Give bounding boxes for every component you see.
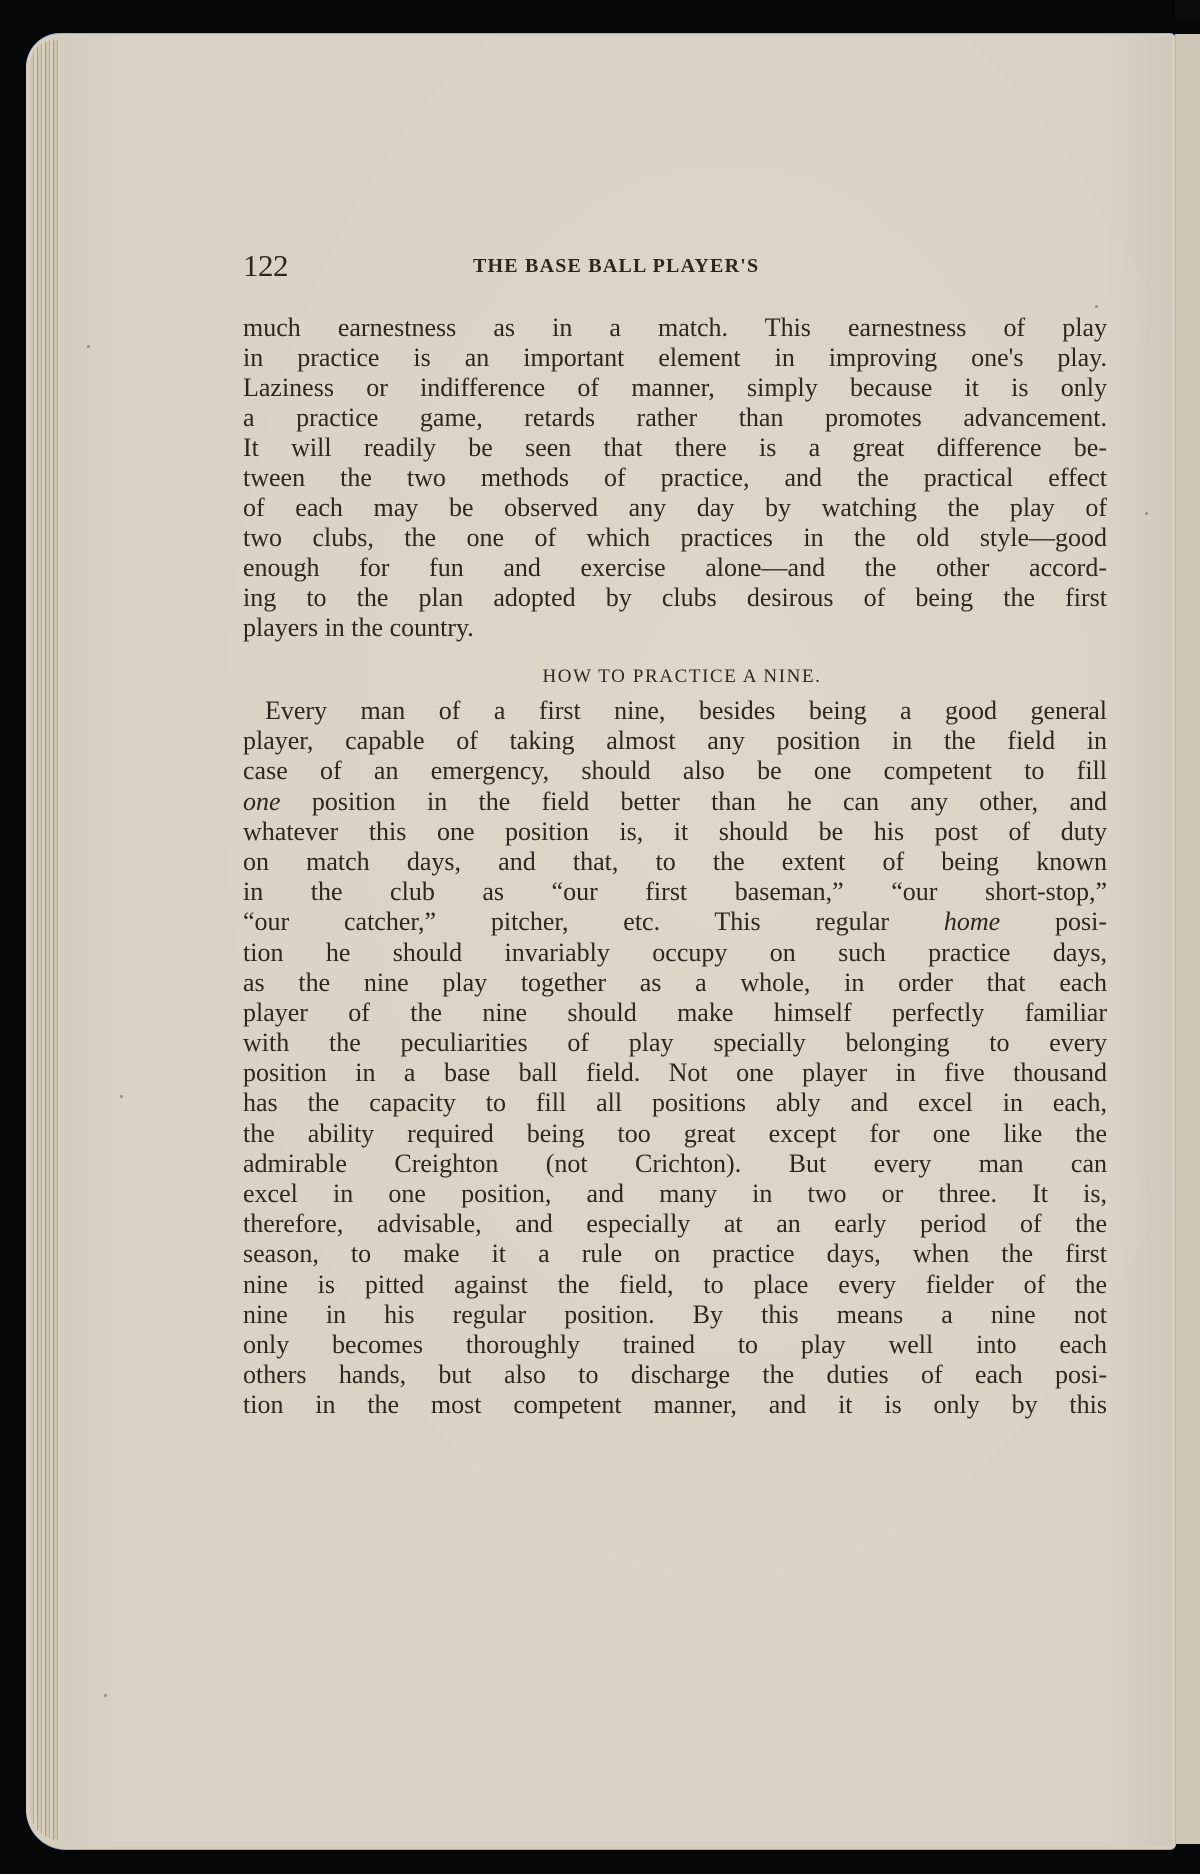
text-line: tion he should invariably occupy on such… xyxy=(243,938,1107,968)
text-line: in the club as “our first baseman,” “our… xyxy=(243,877,1107,907)
text-line: case of an emergency, should also be one… xyxy=(243,756,1107,786)
text-line: on match days, and that, to the extent o… xyxy=(243,847,1107,877)
page-number: 122 xyxy=(243,248,288,284)
text-line: therefore, advisable, and especially at … xyxy=(243,1209,1107,1239)
facing-page-edge xyxy=(1175,34,1200,1844)
text-line: a practice game, retards rather than pro… xyxy=(243,403,1107,433)
text-line: nine in his regular position. By this me… xyxy=(243,1300,1107,1330)
text-line: It will readily be seen that there is a … xyxy=(243,433,1107,463)
text-line: nine is pitted against the field, to pla… xyxy=(243,1270,1107,1300)
paper-speck xyxy=(104,1694,107,1697)
running-header: 122 THE BASE BALL PLAYER'S xyxy=(243,248,883,288)
paragraph-1: much earnestness as in a match. This ear… xyxy=(243,313,1107,643)
text-fragment: position in the field better than he can… xyxy=(281,787,1107,816)
paper-speck xyxy=(1145,512,1148,515)
paragraph-2: Every man of a first nine, besides being… xyxy=(243,696,1107,1421)
text-line: excel in one position, and many in two o… xyxy=(243,1179,1107,1209)
scanned-book-page: 122 THE BASE BALL PLAYER'S much earnestn… xyxy=(0,0,1200,1874)
text-line: Laziness or indifference of manner, simp… xyxy=(243,373,1107,403)
text-line: “our catcher,” pitcher, etc. This regula… xyxy=(243,907,1107,937)
paper-speck xyxy=(1095,305,1098,308)
text-line: player of the nine should make himself p… xyxy=(243,998,1107,1028)
text-fragment: “our catcher,” pitcher, etc. This regula… xyxy=(243,907,944,936)
text-line: tween the two methods of practice, and t… xyxy=(243,463,1107,493)
text-line: of each may be observed any day by watch… xyxy=(243,493,1107,523)
section-heading: HOW TO PRACTICE A NINE. xyxy=(243,662,1107,692)
text-fragment: posi- xyxy=(1000,907,1107,936)
text-line: enough for fun and exercise alone—and th… xyxy=(243,553,1107,583)
text-line: players in the country. xyxy=(243,613,1107,643)
text-line: as the nine play together as a whole, in… xyxy=(243,968,1107,998)
text-line: in practice is an important element in i… xyxy=(243,343,1107,373)
text-line: position in a base ball field. Not one p… xyxy=(243,1058,1107,1088)
text-line: only becomes thoroughly trained to play … xyxy=(243,1330,1107,1360)
running-header-title: THE BASE BALL PLAYER'S xyxy=(473,255,759,278)
text-line: Every man of a first nine, besides being… xyxy=(243,696,1107,726)
italic-word: home xyxy=(944,907,1000,936)
italic-word: one xyxy=(243,787,281,816)
text-line: player, capable of taking almost any pos… xyxy=(243,726,1107,756)
body-text: much earnestness as in a match. This ear… xyxy=(243,313,1107,1421)
text-line: one position in the field better than he… xyxy=(243,787,1107,817)
paper-speck xyxy=(87,345,90,348)
text-line: whatever this one position is, it should… xyxy=(243,817,1107,847)
text-line: ing to the plan adopted by clubs desirou… xyxy=(243,583,1107,613)
text-line: tion in the most competent manner, and i… xyxy=(243,1390,1107,1420)
text-line: the ability required being too great exc… xyxy=(243,1119,1107,1149)
paper-speck xyxy=(120,1095,123,1098)
text-line: others hands, but also to discharge the … xyxy=(243,1360,1107,1390)
text-line: has the capacity to fill all positions a… xyxy=(243,1088,1107,1118)
text-line: admirable Creighton (not Crichton). But … xyxy=(243,1149,1107,1179)
text-line: season, to make it a rule on practice da… xyxy=(243,1239,1107,1269)
text-line: much earnestness as in a match. This ear… xyxy=(243,313,1107,343)
text-line: two clubs, the one of which practices in… xyxy=(243,523,1107,553)
background-corner xyxy=(1175,0,1200,20)
text-line: with the peculiarities of play specially… xyxy=(243,1028,1107,1058)
page-edges xyxy=(30,40,60,1840)
